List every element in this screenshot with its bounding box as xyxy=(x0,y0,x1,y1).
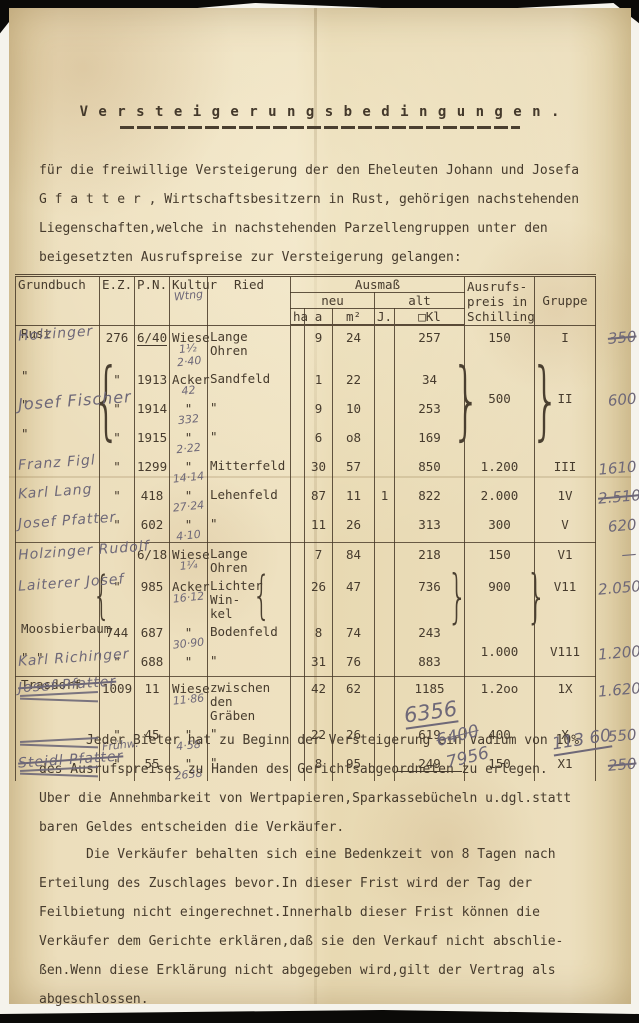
cell-a: 26 xyxy=(305,575,333,621)
typed-kl: 257 xyxy=(397,330,462,345)
typed-ried: Lehenfeld xyxy=(210,487,278,502)
cell-margin-note: 1.620 xyxy=(596,677,639,724)
header-pn: P.N. xyxy=(135,276,170,326)
handwritten-margin-price: 350 xyxy=(597,327,639,348)
cell-a: 11 xyxy=(305,513,333,543)
title-block: V e r s t e i g e r u n g s b e d i n g … xyxy=(9,104,631,129)
cell-a: 31 xyxy=(305,650,333,677)
typed-m2: 11 xyxy=(335,488,372,503)
typed-a: 6 xyxy=(307,430,330,445)
cell-pn: 11 xyxy=(135,677,170,724)
typed-m2: 26 xyxy=(335,517,372,532)
cell-m2: 74 xyxy=(333,621,375,650)
cell-margin-note: 1610 xyxy=(596,455,639,484)
cell-ried: Bodenfeld xyxy=(208,621,291,650)
typed-pn: 1913 xyxy=(137,372,167,387)
cell-m2: 57 xyxy=(333,455,375,484)
cell-pn: 687 xyxy=(135,621,170,650)
header-margin-spacer xyxy=(596,276,639,326)
handwritten-kultur-measure: 1¼ xyxy=(171,557,205,573)
handwritten-margin-price: 2.510 xyxy=(597,486,639,507)
cell-margin-note: 600 xyxy=(596,397,639,426)
table-row: TrasdorfJosef Pfatter100911Wiese11·86zwi… xyxy=(16,677,639,724)
cell-kultur: "2·22 xyxy=(170,426,208,455)
handwritten-margin-price: 620 xyxy=(597,515,639,536)
cell-ried: Lange Ohren xyxy=(208,325,291,368)
typed-pn: 1914 xyxy=(137,401,167,416)
cell-j xyxy=(375,397,395,426)
cell-m2: 11 xyxy=(333,484,375,513)
header-kl: □Kl xyxy=(395,309,465,326)
handwritten-margin-price: 1.200 xyxy=(597,642,639,663)
typed-a: 9 xyxy=(307,401,330,416)
group-brace xyxy=(526,562,546,630)
header-a: a xyxy=(305,309,333,326)
header-alt: alt xyxy=(375,293,465,309)
group-brace xyxy=(451,350,481,450)
cell-ried: " xyxy=(208,426,291,455)
typed-preis: 1.200 xyxy=(467,459,532,474)
typed-pn: 11 xyxy=(137,681,167,696)
typed-pn: 1299 xyxy=(137,459,167,474)
cell-m2: 24 xyxy=(333,325,375,368)
cell-a: 6 xyxy=(305,426,333,455)
cell-a: 9 xyxy=(305,397,333,426)
cell-kl: 1185 xyxy=(395,677,465,724)
typed-ried: Lange Ohren xyxy=(210,329,248,358)
cell-kl: 822 xyxy=(395,484,465,513)
typed-preis: 1.2oo xyxy=(467,681,532,696)
cell-m2: 76 xyxy=(333,650,375,677)
cell-ried: Sandfeld xyxy=(208,368,291,397)
handwritten-margin-price: 2.050 xyxy=(597,577,639,598)
cell-ha xyxy=(291,484,305,513)
typed-m2: 76 xyxy=(335,654,372,669)
header-neu: neu xyxy=(291,293,375,309)
typed-ried: " xyxy=(210,653,218,668)
header-ausmass: Ausmaß xyxy=(291,276,465,293)
cell-j xyxy=(375,368,395,397)
cell-m2: 47 xyxy=(333,575,375,621)
typed-ried: " xyxy=(210,429,218,444)
table-header: Grundbuch E.Z. P.N. Kultur Wtng Ried Aus… xyxy=(16,276,639,326)
header-j: J. xyxy=(375,309,395,326)
typed-ried: " xyxy=(210,516,218,531)
table-row: Josef Pfatter"602"4·10"1126313300V620 xyxy=(16,513,639,543)
crossed-out-handwriting xyxy=(20,689,98,702)
cell-pn: 602 xyxy=(135,513,170,543)
cell-grundbuch: " xyxy=(16,426,100,455)
typed-kl: 883 xyxy=(397,654,462,669)
handwritten-kultur-measure: 11·86 xyxy=(171,691,205,707)
cell-ried: Lehenfeld xyxy=(208,484,291,513)
cell-ha xyxy=(291,368,305,397)
typed-preis: 150 xyxy=(467,330,532,345)
typed-a: 1 xyxy=(307,372,330,387)
cell-pn: 1915 xyxy=(135,426,170,455)
cell-grundbuch: Moosbierbaum xyxy=(16,621,100,650)
cell-gruppe: III xyxy=(535,455,596,484)
typed-gruppe: I xyxy=(537,330,593,345)
cell-m2: 10 xyxy=(333,397,375,426)
typed-kultur: " xyxy=(172,654,205,669)
cell-margin-note: — xyxy=(596,542,639,575)
cell-a: 87 xyxy=(305,484,333,513)
typed-m2: 84 xyxy=(335,547,372,562)
cell-kultur: "4·10 xyxy=(170,513,208,543)
cell-gruppe: V111 xyxy=(535,650,596,677)
cell-kl: 850 xyxy=(395,455,465,484)
cell-kultur: "30·90 xyxy=(170,621,208,650)
cell-kultur: "27·24 xyxy=(170,484,208,513)
typed-a: 26 xyxy=(307,579,330,594)
typed-m2: 47 xyxy=(335,579,372,594)
cell-margin-note xyxy=(596,426,639,455)
cell-gruppe: 1V xyxy=(535,484,596,513)
cell-ried: " xyxy=(208,513,291,543)
cell-grundbuch: Laiterer Josef xyxy=(16,575,100,621)
cell-a: 9 xyxy=(305,325,333,368)
cell-ried: " xyxy=(208,650,291,677)
cell-gruppe: V xyxy=(535,513,596,543)
cell-kultur: " xyxy=(170,650,208,677)
typed-ried: " xyxy=(210,400,218,415)
table-row: " "Karl Richinger"688""31768831.000V1111… xyxy=(16,650,639,677)
cell-j xyxy=(375,426,395,455)
page-title: V e r s t e i g e r u n g s b e d i n g … xyxy=(9,104,631,120)
typed-a: 31 xyxy=(307,654,330,669)
typed-pn: 418 xyxy=(137,488,167,503)
cell-pn: 418 xyxy=(135,484,170,513)
cell-grundbuch: TrasdorfJosef Pfatter xyxy=(16,677,100,724)
cell-ha xyxy=(291,325,305,368)
cell-ha xyxy=(291,650,305,677)
document-paper: V e r s t e i g e r u n g s b e d i n g … xyxy=(9,8,631,1004)
cell-a: 1 xyxy=(305,368,333,397)
cell-ha xyxy=(291,542,305,575)
typed-gruppe: 1V xyxy=(537,488,593,503)
typed-kl: 822 xyxy=(397,488,462,503)
cell-ha xyxy=(291,397,305,426)
cell-pn: 1914 xyxy=(135,397,170,426)
cell-grundbuch: Karl Lang xyxy=(16,484,100,513)
cell-a: 7 xyxy=(305,542,333,575)
cell-ausrufspreis: 1.200 xyxy=(465,455,535,484)
cell-j xyxy=(375,513,395,543)
typed-a: 11 xyxy=(307,517,330,532)
typed-place-name: " xyxy=(21,368,29,383)
cell-kultur: "14·14 xyxy=(170,455,208,484)
typed-gruppe: III xyxy=(537,459,593,474)
cell-margin-note: 2.510 xyxy=(596,484,639,513)
cell-m2: 84 xyxy=(333,542,375,575)
handwritten-kultur-measure: 1½ 2·40 xyxy=(171,340,207,369)
cell-ha xyxy=(291,426,305,455)
typed-pn: 985 xyxy=(137,579,167,594)
cell-ried: " xyxy=(208,397,291,426)
typed-ez: " xyxy=(102,488,132,503)
cell-grundbuch: Franz Figl xyxy=(16,455,100,484)
typed-gruppe: V xyxy=(537,517,593,532)
cell-pn: 688 xyxy=(135,650,170,677)
typed-ez: 744 xyxy=(102,625,132,640)
cell-grundbuch: Josef Pfatter xyxy=(16,513,100,543)
typed-preis: 150 xyxy=(467,547,532,562)
scanned-document-photo: V e r s t e i g e r u n g s b e d i n g … xyxy=(0,0,639,1023)
typed-a: 42 xyxy=(307,681,330,696)
cell-ausrufspreis: 2.000 xyxy=(465,484,535,513)
cell-j xyxy=(375,455,395,484)
intro-paragraph: für die freiwillige Versteigerung der de… xyxy=(39,156,617,272)
cell-ausrufspreis: 1.2oo xyxy=(465,677,535,724)
paragraph-vadium: Jeder Bieter hat zu Beginn der Versteige… xyxy=(39,726,624,842)
typed-m2: 57 xyxy=(335,459,372,474)
handwritten-margin-price: 1610 xyxy=(597,457,639,478)
typed-pn: 602 xyxy=(137,517,167,532)
cell-pn: 6/40 xyxy=(135,325,170,368)
typed-preis: 2.000 xyxy=(467,488,532,503)
cell-kultur: Wiese11·86 xyxy=(170,677,208,724)
header-m2: m² xyxy=(333,309,375,326)
cell-a: 42 xyxy=(305,677,333,724)
typed-preis: 1.000 xyxy=(467,644,532,659)
typed-a: 30 xyxy=(307,459,330,474)
cell-j xyxy=(375,575,395,621)
header-ausrufspreis: Ausrufs- preis in Schilling xyxy=(465,276,535,326)
cell-kultur: "332 xyxy=(170,397,208,426)
cell-kultur: Acker42 xyxy=(170,368,208,397)
typed-ried: zwischen den Gräben xyxy=(210,680,270,723)
handwritten-kultur-measure: 16·12 xyxy=(171,589,205,605)
cell-ha xyxy=(291,455,305,484)
typed-ried: Lange Ohren xyxy=(210,546,248,575)
cell-ausrufspreis: 1.000 xyxy=(465,650,535,677)
cell-m2: 22 xyxy=(333,368,375,397)
cell-ried: zwischen den Gräben xyxy=(208,677,291,724)
cell-margin-note: 1.200 xyxy=(596,650,639,677)
typed-pn: 688 xyxy=(137,654,167,669)
typed-pn: 687 xyxy=(137,625,167,640)
header-kultur: Kultur Wtng xyxy=(170,276,208,326)
typed-a: 8 xyxy=(307,625,330,640)
header-ha: ha xyxy=(291,309,305,326)
cell-kultur: Wiese1¼ xyxy=(170,542,208,575)
typed-m2: 62 xyxy=(335,681,372,696)
cell-grundbuch: " "Karl Richinger xyxy=(16,650,100,677)
typed-kl: 218 xyxy=(397,547,462,562)
typed-a: 7 xyxy=(307,547,330,562)
cell-j xyxy=(375,621,395,650)
typed-a: 87 xyxy=(307,488,330,503)
handwritten-margin-price: 1.620 xyxy=(597,679,639,700)
typed-gruppe: 1X xyxy=(537,681,593,696)
crossed-out-handwriting xyxy=(20,735,98,748)
group-brace xyxy=(447,562,467,630)
cell-pn: 1913 xyxy=(135,368,170,397)
typed-pn: 1915 xyxy=(137,430,167,445)
cell-a: 8 xyxy=(305,621,333,650)
handwritten-kultur-measure: 4·10 xyxy=(171,527,205,543)
typed-m2: 22 xyxy=(335,372,372,387)
cell-gruppe: 1X xyxy=(535,677,596,724)
typed-ried: Sandfeld xyxy=(210,371,270,386)
typed-gruppe: V1 xyxy=(537,547,593,562)
table-row: Karl Lang"418"27·24Lehenfeld871118222.00… xyxy=(16,484,639,513)
header-grundbuch: Grundbuch xyxy=(16,276,100,326)
cell-j xyxy=(375,650,395,677)
typed-m2: 24 xyxy=(335,330,372,345)
typed-ez: " xyxy=(102,459,132,474)
group-brace xyxy=(530,350,560,450)
cell-ha xyxy=(291,575,305,621)
handwritten-margin-price: — xyxy=(597,544,639,565)
cell-ha xyxy=(291,621,305,650)
cell-m2: 62 xyxy=(333,677,375,724)
crossed-out-handwriting xyxy=(20,764,98,777)
paragraph-bedenkzeit: Die Verkäufer behalten sich eine Bedenkz… xyxy=(39,840,624,1014)
cell-m2: o8 xyxy=(333,426,375,455)
header-ez: E.Z. xyxy=(100,276,135,326)
cell-ried: Lichter Win- kel xyxy=(208,575,291,621)
cell-ausrufspreis: 150 xyxy=(465,542,535,575)
typed-m2: 10 xyxy=(335,401,372,416)
cell-grundbuch: Holzinger Rudolf xyxy=(16,542,100,575)
typed-kl: 850 xyxy=(397,459,462,474)
cell-j xyxy=(375,542,395,575)
typed-kl: 1185 xyxy=(397,681,462,696)
cell-ez: " xyxy=(100,484,135,513)
cell-ausrufspreis: 900 xyxy=(465,575,535,621)
cell-kultur: Acker16·12 xyxy=(170,575,208,621)
cell-ha xyxy=(291,513,305,543)
typed-j: 1 xyxy=(377,488,392,503)
cell-ried: Lange Ohren xyxy=(208,542,291,575)
cell-kultur: Wiese1½ 2·40 xyxy=(170,325,208,368)
typed-kl: 313 xyxy=(397,517,462,532)
cell-j xyxy=(375,325,395,368)
cell-grundbuch: RustHolzinger xyxy=(16,325,100,368)
cell-kl: 313 xyxy=(395,513,465,543)
cell-ried: Mitterfeld xyxy=(208,455,291,484)
cell-pn: 985 xyxy=(135,575,170,621)
typed-gruppe: V111 xyxy=(537,644,593,659)
cell-pn: 1299 xyxy=(135,455,170,484)
title-underline xyxy=(120,126,520,129)
cell-margin-note: 2.050 xyxy=(596,575,639,621)
typed-a: 9 xyxy=(307,330,330,345)
typed-ez: 276 xyxy=(102,330,132,345)
handwritten-owner-name: Franz Figl xyxy=(18,452,97,473)
cell-ez: " xyxy=(100,455,135,484)
cell-m2: 26 xyxy=(333,513,375,543)
cell-a: 30 xyxy=(305,455,333,484)
header-kultur-handwriting: Wtng xyxy=(171,287,205,303)
typed-m2: 74 xyxy=(335,625,372,640)
handwritten-margin-price: 600 xyxy=(597,389,639,410)
typed-ried: Mitterfeld xyxy=(210,458,285,473)
cell-ha xyxy=(291,677,305,724)
typed-pn: 6/40 xyxy=(137,330,167,346)
group-brace xyxy=(252,566,270,626)
handwritten-owner-name: Karl Lang xyxy=(18,481,93,502)
header-ried: Ried xyxy=(208,276,291,326)
typed-place-name: " xyxy=(21,426,29,441)
header-gruppe: Gruppe xyxy=(535,276,596,326)
cell-j xyxy=(375,677,395,724)
cell-grundbuch: Steidl Pfatter xyxy=(16,752,100,781)
cell-grundbuch: "Josef Fischer xyxy=(16,397,100,426)
cell-kl: 883 xyxy=(395,650,465,677)
table-row: Franz Figl"1299"14·14Mitterfeld30578501.… xyxy=(16,455,639,484)
typed-preis: 300 xyxy=(467,517,532,532)
parcel-table-zone: Grundbuch E.Z. P.N. Kultur Wtng Ried Aus… xyxy=(15,274,639,781)
typed-m2: o8 xyxy=(335,430,372,445)
cell-j: 1 xyxy=(375,484,395,513)
cell-margin-note: 350 xyxy=(596,325,639,368)
cell-ausrufspreis: 300 xyxy=(465,513,535,543)
typed-preis: 900 xyxy=(467,579,532,594)
cell-margin-note: 620 xyxy=(596,513,639,543)
